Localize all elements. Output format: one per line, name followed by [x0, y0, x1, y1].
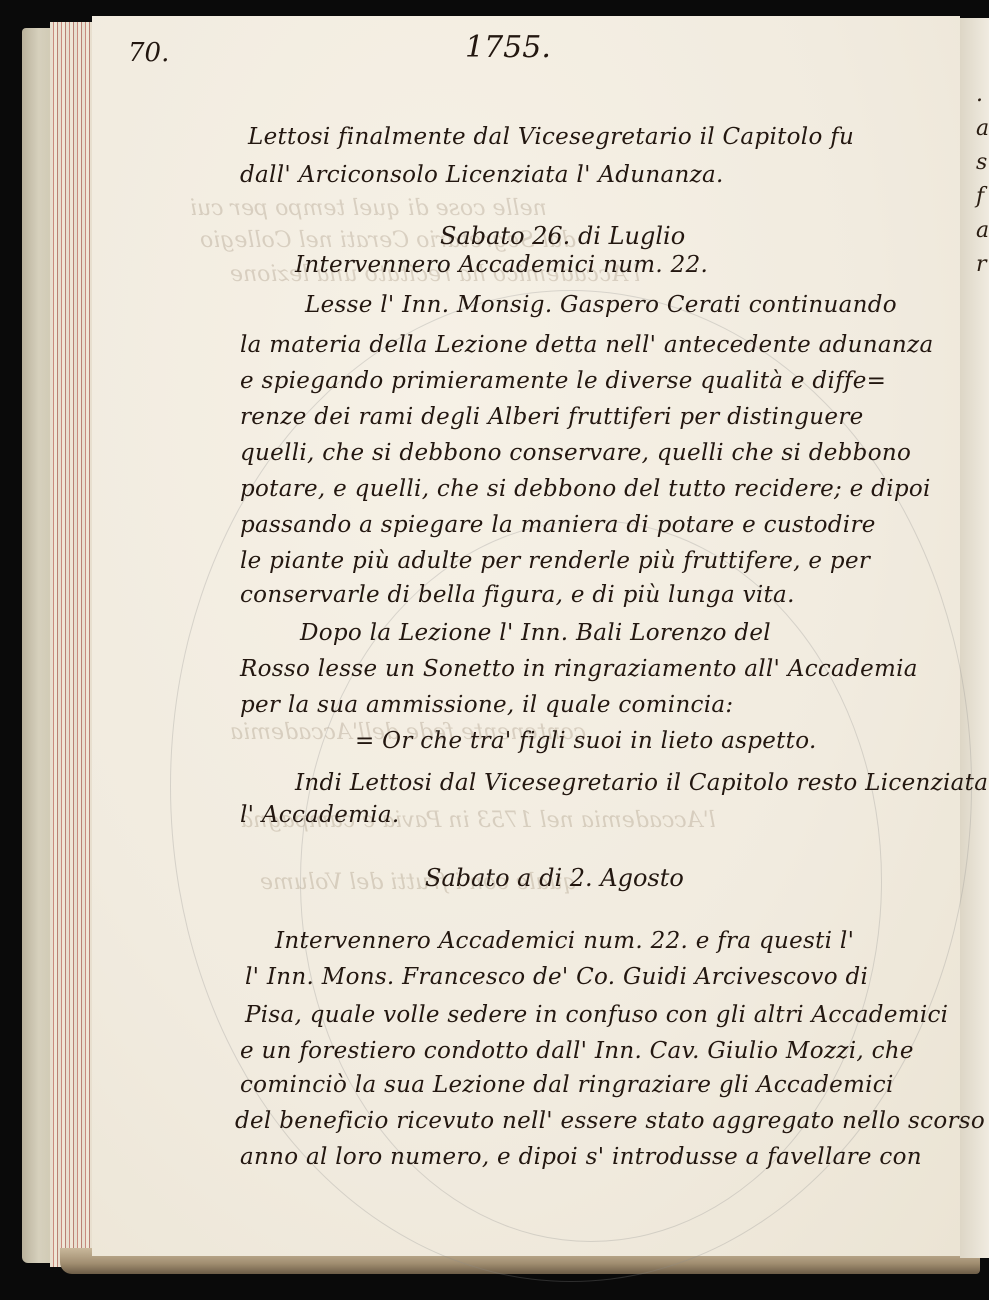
text-line: quelli, che si debbono conservare, quell…	[240, 440, 911, 466]
text-line: Intervennero Accademici num. 22. e fra q…	[275, 928, 854, 954]
text-line: Rosso lesse un Sonetto in ringraziamento…	[240, 656, 918, 682]
text-line: Lesse l' Inn. Monsig. Gaspero Cerati con…	[305, 292, 897, 318]
entry-heading: Sabato 26. di Luglio	[440, 222, 685, 250]
text-line: e un forestiero condotto dall' Inn. Cav.…	[240, 1038, 914, 1064]
text-line: del beneficio ricevuto nell' essere stat…	[235, 1108, 985, 1134]
entry-heading: Sabato a di 2. Agosto	[425, 864, 684, 892]
text-line: Dopo la Lezione l' Inn. Bali Lorenzo del	[300, 620, 771, 646]
text-line: anno al loro numero, e dipoi s' introdus…	[240, 1144, 922, 1170]
text-line: passando a spiegare la maniera di potare…	[240, 512, 876, 538]
facing-page-fragment: . a s f a r	[976, 78, 989, 282]
text-line: Intervennero Accademici num. 22.	[295, 252, 708, 278]
text-line: potare, e quelli, che si debbono del tut…	[240, 476, 931, 502]
text-line: cominciò la sua Lezione dal ringraziare …	[240, 1072, 894, 1098]
text-line: conservarle di bella figura, e di più lu…	[240, 582, 795, 608]
text-line: Indi Lettosi dal Vicesegretario il Capit…	[295, 770, 988, 796]
facing-page-edge: . a s f a r	[960, 18, 989, 1258]
text-line: per la sua ammissione, il quale comincia…	[240, 692, 733, 718]
text-line: renze dei rami degli Alberi fruttiferi p…	[240, 404, 864, 430]
folio-number: 70.	[128, 38, 169, 68]
sonnet-incipit: = Or che tra' figli suoi in lieto aspett…	[355, 728, 817, 754]
text-line: la materia della Lezione detta nell' ant…	[240, 332, 933, 358]
text-line: l' Inn. Mons. Francesco de' Co. Guidi Ar…	[245, 964, 868, 990]
text-line: le piante più adulte per renderle più fr…	[240, 548, 870, 574]
text-line: dall' Arciconsolo Licenziata l' Adunanza…	[240, 162, 724, 188]
text-line: e spiegando primieramente le diverse qua…	[240, 368, 886, 394]
year-header: 1755.	[465, 30, 551, 65]
text-line: Lettosi finalmente dal Vicesegretario il…	[248, 124, 854, 150]
bleed-through-text: nelle cose di quel tempo per cui	[190, 196, 547, 221]
text-line: l' Accademia.	[240, 802, 400, 828]
text-line: Pisa, quale volle sedere in confuso con …	[245, 1002, 948, 1028]
